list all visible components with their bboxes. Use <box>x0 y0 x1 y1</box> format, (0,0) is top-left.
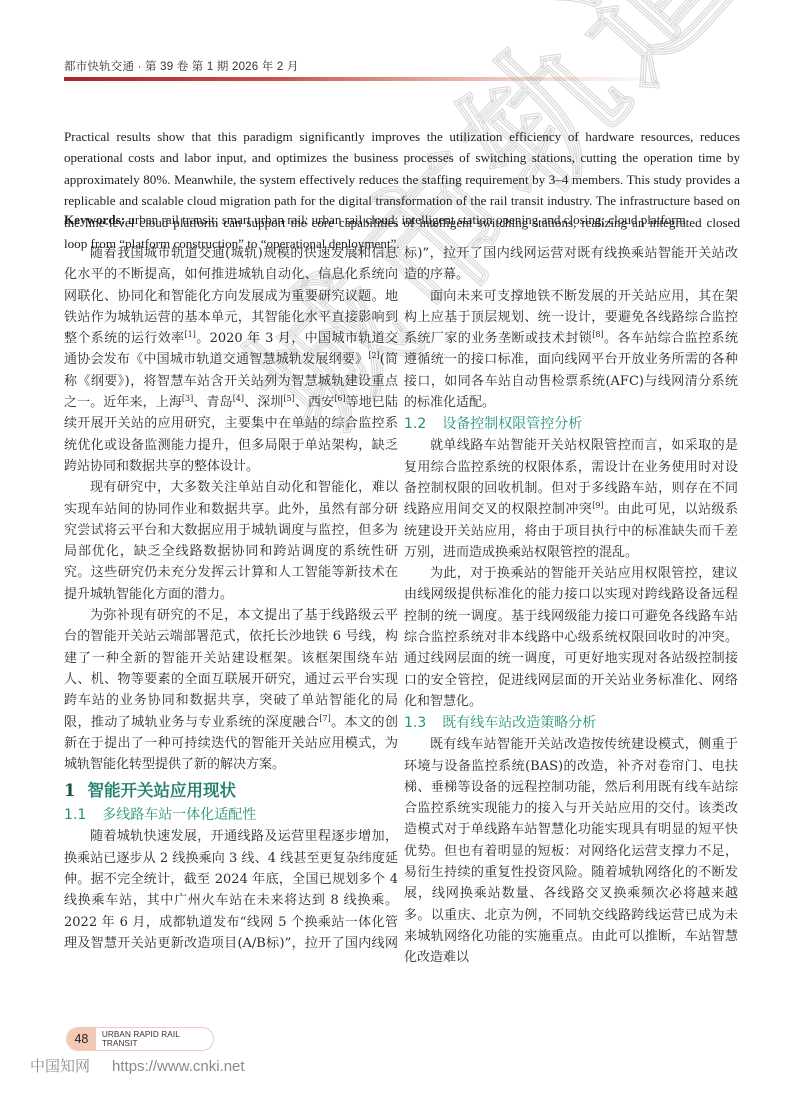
cnki-url[interactable]: https://www.cnki.net <box>112 1058 245 1075</box>
keywords-list: urban rail transit; smart urban rail; ur… <box>125 212 686 227</box>
page-number-badge: 48 URBAN RAPID RAIL TRANSIT <box>66 1027 214 1051</box>
citation[interactable]: [7] <box>319 714 330 723</box>
section-heading-1-2: 1.2设备控制权限管控分析 <box>404 413 738 435</box>
journal-english-name: URBAN RAPID RAIL TRANSIT <box>102 1030 213 1048</box>
section-heading-1-3: 1.3既有线车站改造策略分析 <box>404 712 738 734</box>
section-heading-1-1: 1.1多线路车站一体化适配性 <box>64 804 398 826</box>
section-1-1-paragraph-1-continued: 标)”，拉开了国内线网运营对既有线换乘站智能开关站改造的序幕。 <box>404 243 738 286</box>
citation[interactable]: [6] <box>334 394 345 403</box>
citation[interactable]: [1] <box>184 330 195 339</box>
citation[interactable]: [8] <box>592 330 603 339</box>
citation[interactable]: [5] <box>283 394 294 403</box>
citation[interactable]: [2] <box>368 351 379 360</box>
intro-paragraph-3: 为弥补现有研究的不足，本文提出了基于线路级云平台的智能开关站云端部署范式，依托长… <box>64 605 398 775</box>
source-watermark: 中国知网https://www.cnki.net <box>30 1055 245 1076</box>
section-1-2-paragraph-2: 为此，对于换乘站的智能开关站应用权限管控，建议由线网级提供标准化的能力接口以实现… <box>404 563 738 712</box>
citation[interactable]: [3] <box>182 394 193 403</box>
keywords-label: Keywords: <box>64 212 125 227</box>
cnki-site-name: 中国知网 <box>30 1058 90 1075</box>
header-rule <box>64 77 664 81</box>
page-number: 48 <box>67 1028 96 1050</box>
citation[interactable]: [4] <box>233 394 244 403</box>
intro-paragraph-2: 现有研究中，大多数关注单站自动化和智能化，难以实现车站间的协同作业和数据共享。此… <box>64 477 398 605</box>
section-1-1-paragraph-2: 面向未来可支撑地铁不断发展的开关站应用，其在架构上应基于顶层规划、统一设计，要避… <box>404 286 738 414</box>
citation[interactable]: [9] <box>592 501 603 510</box>
section-heading-1: 1智能开关站应用现状 <box>64 777 398 804</box>
running-head: 都市快轨交通 · 第 39 卷 第 1 期 2026 年 2 月 <box>64 58 299 74</box>
section-1-2-paragraph-1: 就单线路车站智能开关站权限管控而言，如采取的是复用综合监控系统的权限体系，需设计… <box>404 435 738 563</box>
english-abstract: Practical results show that this paradig… <box>64 126 740 254</box>
left-column: 随着我国城市轨道交通(城轨)规模的快速发展和信息化水平的不断提高，如何推进城轨自… <box>64 243 398 954</box>
section-1-1-paragraph-1: 随着城轨快速发展，开通线路及运营里程逐步增加，换乘站已逐步从 2 线换乘向 3 … <box>64 826 398 954</box>
section-1-3-paragraph-1: 既有线车站智能开关站改造按传统建设模式，侧重于环境与设备监控系统(BAS)的改造… <box>404 734 738 968</box>
right-column: 标)”，拉开了国内线网运营对既有线换乘站智能开关站改造的序幕。 面向未来可支撑地… <box>404 243 738 969</box>
english-keywords: Keywords: urban rail transit; smart urba… <box>64 211 740 229</box>
intro-paragraph-1: 随着我国城市轨道交通(城轨)规模的快速发展和信息化水平的不断提高，如何推进城轨自… <box>64 243 398 477</box>
